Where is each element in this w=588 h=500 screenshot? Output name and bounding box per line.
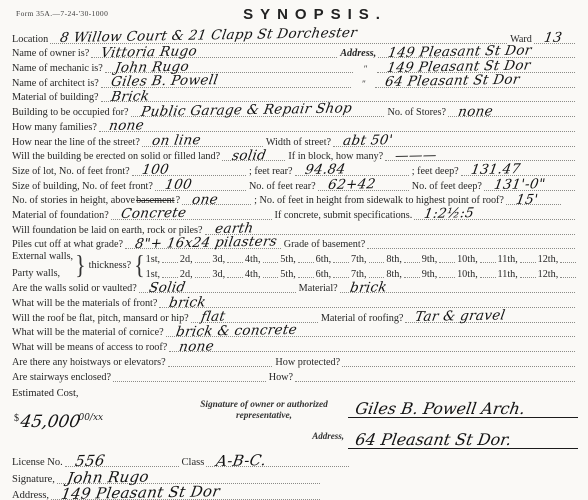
field-label: Signature, [12, 474, 56, 485]
field-line [342, 355, 575, 367]
walls-labels: External walls,Party walls, [12, 250, 74, 279]
form-row: What will be the material of cornice?bri… [12, 324, 578, 339]
ordinal-label: 12th, [538, 269, 559, 280]
ordinal-label: 10th, [457, 269, 478, 280]
ordinal-label: 1st, [146, 269, 160, 280]
field-line: earth [205, 223, 575, 235]
handwritten-entry: brick & concrete [175, 324, 298, 340]
handwritten-entry: abt 50' [342, 134, 394, 148]
field-label: ; feet deep? [412, 166, 460, 177]
field-label: How near the line of the street? [12, 137, 141, 148]
field-line: ——— [385, 149, 575, 161]
field-label: ; feet rear? [249, 166, 294, 177]
field-line: 149 Pleasant St Dor [377, 61, 575, 73]
field-line [195, 277, 211, 278]
walls-ordinals: 1st,2d,3d,4th,5th,6th,7th,8th,9th,10th,1… [146, 250, 578, 279]
synopsis-form: Form 35A.—7-24-'30-1000 SYNOPSIS. Locati… [0, 0, 588, 500]
ordinal-label: 2d, [180, 254, 193, 265]
field-line: 8 Willow Court & 21 Clapp St Dorchester [50, 32, 507, 44]
field-line [333, 277, 349, 278]
field-label: How? [269, 372, 294, 383]
handwritten-entry: 149 Pleasant St Dor [60, 484, 221, 500]
field-line: 149 Pleasant St Dor [51, 488, 320, 500]
field-line [168, 355, 273, 367]
field-line [295, 370, 575, 382]
field-label: Material? [299, 283, 339, 294]
field-line: 100 [132, 164, 246, 176]
field-line [560, 277, 576, 278]
ordinal-label: 9th, [422, 269, 438, 280]
handwritten-entry: 131'-0" [493, 178, 546, 192]
thickness-label: thickness? [87, 260, 133, 271]
handwritten-entry: Giles B. Powell [110, 74, 219, 89]
field-line: one [182, 193, 251, 205]
handwritten-entry: solid [231, 149, 267, 163]
field-label: Are there any hoistways or elevators? [12, 357, 167, 368]
ordinal-row: 1st,2d,3d,4th,5th,6th,7th,8th,9th,10th,1… [146, 250, 578, 265]
field-label: Piles cut off at what grade? [12, 239, 124, 250]
handwritten-entry: 64 Pleasant St Dor [384, 74, 521, 90]
currency-symbol: $ [14, 413, 19, 424]
field-label: If concrete, submit specifications. [275, 210, 414, 221]
field-line: none [448, 105, 575, 117]
handwritten-entry: brick [168, 296, 207, 310]
handwritten-entry: 100 [141, 164, 170, 178]
field-label: Material of foundation? [12, 210, 110, 221]
estimated-cost-line: $45,00000/xx [14, 412, 103, 432]
field-line: Solid [139, 281, 296, 293]
field-line: on line [142, 135, 263, 147]
handwritten-entry: 556 [74, 454, 106, 470]
ordinal-label: 5th, [280, 269, 296, 280]
field-line [195, 262, 211, 263]
field-label: Width of street? [266, 137, 332, 148]
form-row: Material of foundation?ConcreteIf concre… [12, 206, 578, 221]
field-line: 131.47 [461, 164, 575, 176]
field-line: 131'-0" [484, 179, 575, 191]
field-line [439, 277, 455, 278]
field-line [369, 277, 385, 278]
ordinal-label: 12th, [538, 254, 559, 265]
field-label: Size of lot, No. of feet front? [12, 166, 131, 177]
field-line: 1:2½:5 [414, 208, 575, 220]
field-label: No. of feet rear? [249, 181, 317, 192]
field-line [263, 277, 279, 278]
estimated-cost-area: Estimated Cost, $45,00000/xx [12, 388, 180, 452]
field-line: Concrete [111, 208, 272, 220]
field-label: What will be the material of cornice? [12, 327, 165, 338]
field-label: Class [182, 457, 206, 468]
handwritten-entry: 15' [515, 193, 539, 207]
ordinal-label: 10th, [457, 254, 478, 265]
ordinal-label: 5th, [280, 254, 296, 265]
field-line: 556 [65, 455, 179, 467]
field-line: none [99, 120, 575, 132]
field-line: Vittoria Rugo [91, 46, 337, 58]
signature-captions: Signature of owner or authorized represe… [180, 388, 348, 452]
field-label: Grade of basement? [284, 239, 366, 250]
form-row: No. of stories in height, abovebasement?… [12, 192, 578, 207]
handwritten-entry: ——— [394, 149, 438, 163]
field-label: Are the walls solid or vaulted? [12, 283, 138, 294]
field-line [298, 262, 314, 263]
handwritten-entry: none [178, 340, 215, 354]
field-line: 100 [155, 179, 246, 191]
form-row: Signature,John Rugo [12, 468, 323, 485]
form-row: Size of lot, No. of feet front?100; feet… [12, 162, 578, 177]
handwritten-entry: none [108, 120, 145, 134]
field-line [480, 262, 496, 263]
field-line [520, 277, 536, 278]
right-brace: { [133, 252, 146, 278]
field-line [227, 262, 243, 263]
handwritten-entry: brick [349, 281, 388, 295]
form-row: Piles cut off at what grade?8"+ 16x24 pi… [12, 236, 578, 251]
handwritten-entry: 8 Willow Court & 21 Clapp St Dorchester [59, 27, 358, 46]
form-row: How near the line of the street?on lineW… [12, 133, 578, 148]
field-label: Address, [12, 490, 50, 500]
form-row: License No.556ClassA-B-C. [12, 452, 352, 469]
field-line: none [169, 340, 575, 352]
field-label: No. of Stores? [387, 107, 447, 118]
form-number: Form 35A.—7-24-'30-1000 [16, 9, 108, 18]
handwritten-entry: Concrete [120, 207, 187, 222]
estimated-cost-fraction: 00/xx [78, 413, 103, 423]
form-row: Will foundation be laid on earth, rock o… [12, 221, 578, 236]
estimated-cost-value: 45,000 [19, 412, 82, 432]
form-row: Name of architect is?Giles B. Powell″64 … [12, 74, 578, 89]
form-row: Are stairways enclosed?How? [12, 368, 578, 383]
form-row: Size of building, No. of feet front?100N… [12, 177, 578, 192]
ordinal-label: 11th, [498, 269, 518, 280]
field-line: flat [191, 311, 318, 323]
handwritten-entry: on line [151, 134, 202, 148]
field-label: Will foundation be laid on earth, rock o… [12, 225, 204, 236]
form-row: Are the walls solid or vaulted?SolidMate… [12, 280, 578, 295]
field-label: Location [12, 34, 49, 45]
field-line: A-B-C. [206, 455, 348, 467]
field-label: No. of stories in height, above [12, 195, 136, 206]
handwritten-entry: 1:2½:5 [423, 208, 475, 222]
field-line [333, 262, 349, 263]
ordinal-label: 1st, [146, 254, 160, 265]
field-line: solid [222, 149, 285, 161]
field-label: Address, [340, 48, 377, 59]
form-row: Will the building be erected on solid or… [12, 148, 578, 163]
handwritten-entry: Brick [110, 90, 150, 104]
field-line: brick [340, 281, 575, 293]
handwritten-entry: 100 [164, 179, 193, 193]
field-label: How protected? [275, 357, 341, 368]
field-label: Will the roof be flat, pitch, mansard or… [12, 313, 190, 324]
signature-section: Estimated Cost, $45,00000/xx Signature o… [12, 388, 578, 452]
field-line: 13 [534, 32, 575, 44]
field-label: What will be means of access to roof? [12, 342, 168, 353]
handwritten-entry: one [191, 193, 219, 207]
field-label: Party walls, [12, 268, 74, 279]
form-title: SYNOPSIS. [52, 6, 578, 23]
ordinal-label: 8th, [386, 269, 402, 280]
field-line: Tar & gravel [405, 311, 575, 323]
field-line [113, 370, 266, 382]
representative-signature-caption: Signature of owner or authorized represe… [180, 400, 348, 423]
field-label: What will be the materials of front? [12, 298, 158, 309]
field-label: Will the building be erected on solid or… [12, 151, 221, 162]
field-line: John Rugo [105, 61, 353, 73]
ordinal-label: 4th, [245, 254, 261, 265]
field-line [560, 262, 576, 263]
field-line [367, 237, 575, 249]
ordinal-label: 7th, [351, 269, 367, 280]
field-line: 94.84 [295, 164, 409, 176]
left-brace: } [74, 252, 87, 278]
field-line [298, 277, 314, 278]
field-line: 62+42 [318, 179, 409, 191]
handwritten-entry: 13 [543, 32, 563, 46]
form-row: Building to be occupied for?Public Garag… [12, 103, 578, 118]
field-line: abt 50' [333, 135, 575, 147]
field-line [369, 262, 385, 263]
field-label: Name of mechanic is? [12, 63, 104, 74]
field-label: Material of building? [12, 92, 100, 103]
field-line [227, 277, 243, 278]
form-row: Are there any hoistways or elevators?How… [12, 353, 578, 368]
field-line: brick & concrete [166, 325, 575, 337]
ordinal-label: 2d, [180, 269, 193, 280]
ordinal-label: 8th, [386, 254, 402, 265]
ordinal-label: 6th, [316, 254, 332, 265]
field-line [520, 262, 536, 263]
handwritten-entry: 94.84 [304, 164, 346, 178]
signature-lines: Giles B. Powell Arch. 64 Pleasant St Dor… [348, 388, 578, 452]
handwritten-entry: Tar & gravel [414, 310, 506, 325]
architect-address: 64 Pleasant St Dor. [354, 430, 513, 449]
estimated-cost-label: Estimated Cost, [12, 388, 180, 399]
signature-line: Giles B. Powell Arch. [348, 390, 578, 418]
handwritten-entry: 8"+ 16x24 pilasters [134, 235, 278, 251]
handwritten-entry: none [457, 105, 494, 119]
field-label: Building to be occupied for? [12, 107, 130, 118]
field-label: No. of feet deep? [412, 181, 483, 192]
ordinal-label: 4th, [245, 269, 261, 280]
field-line [480, 277, 496, 278]
form-row: What will be means of access to roof?non… [12, 338, 578, 353]
ordinal-label: 6th, [316, 269, 332, 280]
field-line [162, 277, 178, 278]
field-label: Size of building, No. of feet front? [12, 181, 154, 192]
ditto-mark: ″ [354, 79, 374, 89]
form-row: Address,149 Pleasant St Dor [12, 485, 323, 500]
field-label: How many families? [12, 122, 98, 133]
ordinal-label: 9th, [422, 254, 438, 265]
field-line: 64 Pleasant St Dor [375, 76, 575, 88]
walls-thickness-block: External walls,Party walls,}thickness?{1… [12, 250, 578, 279]
field-line: brick [159, 296, 575, 308]
signature-line: 64 Pleasant St Dor. [348, 421, 578, 449]
handwritten-entry: A-B-C. [215, 453, 267, 469]
field-label: Name of architect is? [12, 78, 100, 89]
ordinal-row: 1st,2d,3d,4th,5th,6th,7th,8th,9th,10th,1… [146, 265, 578, 280]
form-body: Location8 Willow Court & 21 Clapp St Dor… [12, 30, 578, 383]
handwritten-entry: Solid [148, 281, 186, 295]
ordinal-label: 3d, [212, 269, 225, 280]
field-line [404, 277, 420, 278]
ordinal-label: 3d, [212, 254, 225, 265]
field-line [439, 262, 455, 263]
field-label: External walls, [12, 251, 74, 262]
field-line: 15' [506, 193, 561, 205]
field-line: 8"+ 16x24 pilasters [125, 237, 281, 249]
field-label: Are stairways enclosed? [12, 372, 112, 383]
address-caption: Address, [180, 431, 348, 442]
license-section: License No.556ClassA-B-C.Signature,John … [12, 452, 578, 500]
field-line [162, 262, 178, 263]
ordinal-label: 7th, [351, 254, 367, 265]
field-line [263, 262, 279, 263]
handwritten-entry: Public Garage & Repair Shop [140, 102, 353, 119]
field-line: John Rugo [57, 472, 320, 484]
form-row: How many families?none [12, 118, 578, 133]
field-line [404, 262, 420, 263]
field-label: License No. [12, 457, 64, 468]
field-line: Giles B. Powell [101, 76, 351, 88]
field-label: Name of owner is? [12, 48, 90, 59]
field-line: Public Garage & Repair Shop [131, 105, 385, 117]
architect-signature: Giles B. Powell Arch. [354, 399, 527, 418]
ordinal-label: 11th, [498, 254, 518, 265]
ditto-mark: ″ [356, 64, 376, 74]
field-label: Material of roofing? [321, 313, 405, 324]
field-line: 149 Pleasant St Dor [378, 46, 575, 58]
handwritten-entry: 62+42 [327, 178, 376, 192]
